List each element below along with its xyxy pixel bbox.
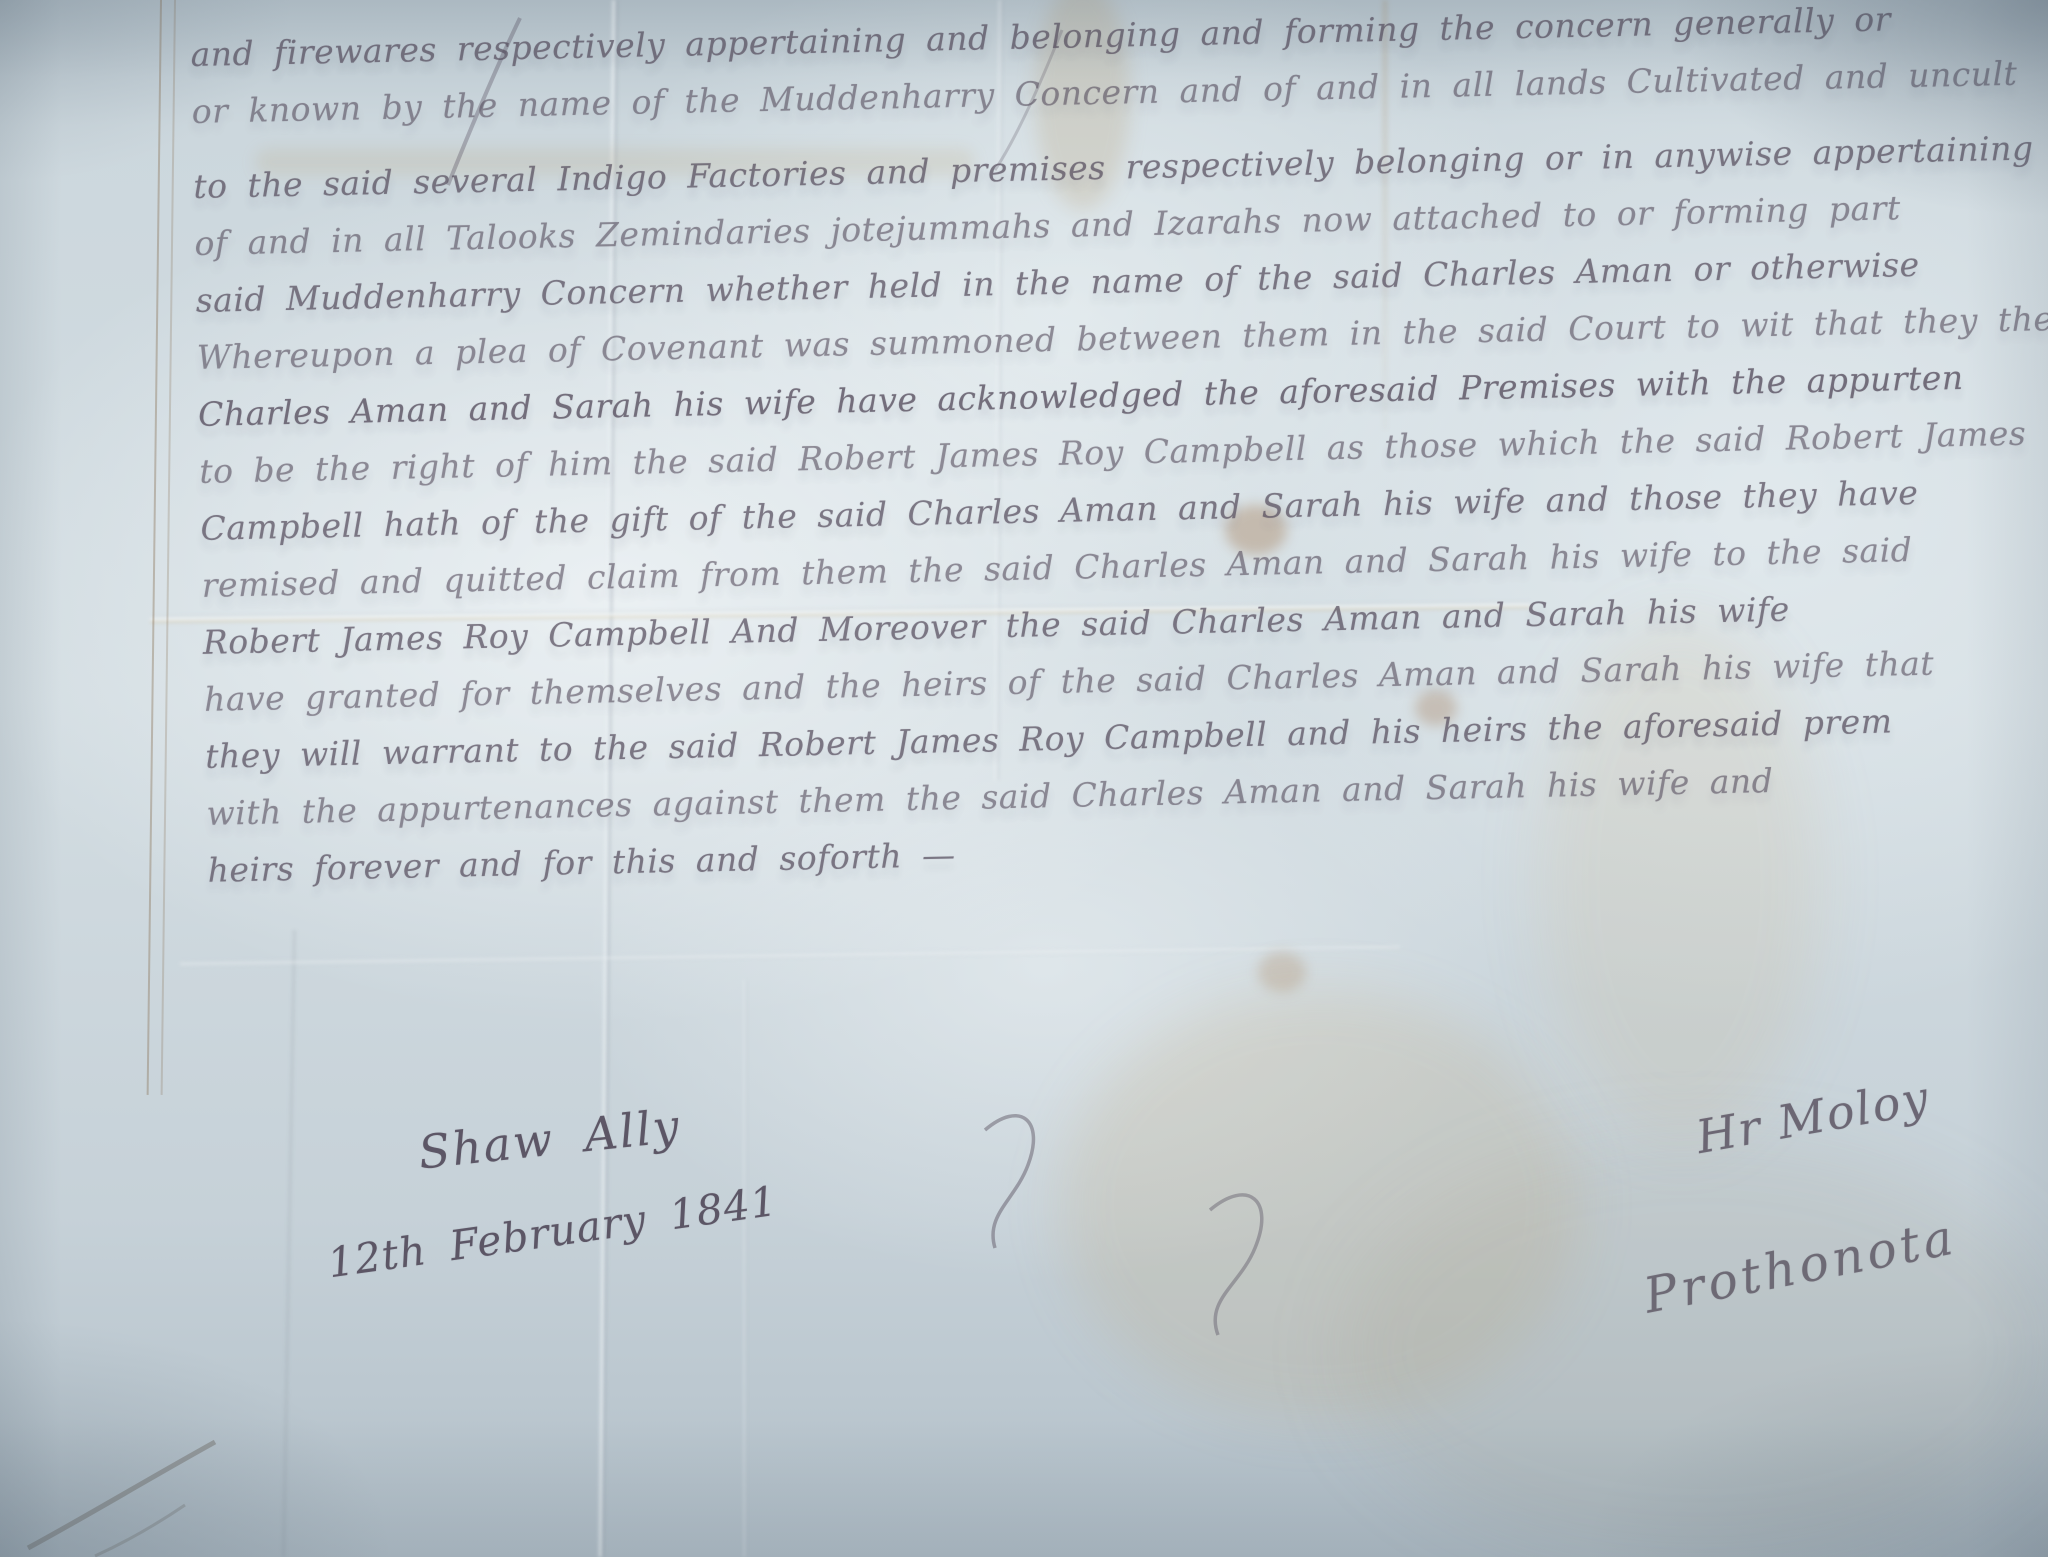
docket-flourish	[985, 1116, 1033, 1248]
ink-stain	[1258, 952, 1306, 992]
vertical-fold-crease	[281, 930, 298, 1557]
paper-stain	[1340, 1140, 2048, 1557]
margin-rule-line	[147, 0, 162, 1095]
margin-rule-line	[161, 0, 176, 1095]
docket-date: 12th February 1841	[325, 1177, 781, 1288]
manuscript-text-block: and firewares respectively appertaining …	[190, 0, 2048, 899]
manuscript-photo-page: of and in all the said Indigo Factories …	[0, 0, 2048, 1557]
horizontal-fold-crease	[180, 943, 1400, 967]
corner-pen-flourish	[28, 1442, 215, 1548]
paper-stain	[1060, 990, 1580, 1420]
docket-attorney-name: Shaw Ally	[416, 1098, 683, 1179]
date-flourish	[1210, 1195, 1262, 1335]
signature-prothonotary: Hr Moloy	[1692, 1070, 1934, 1164]
vertical-fold-crease	[742, 980, 748, 1557]
signature-title: Prothonota	[1639, 1208, 1961, 1324]
